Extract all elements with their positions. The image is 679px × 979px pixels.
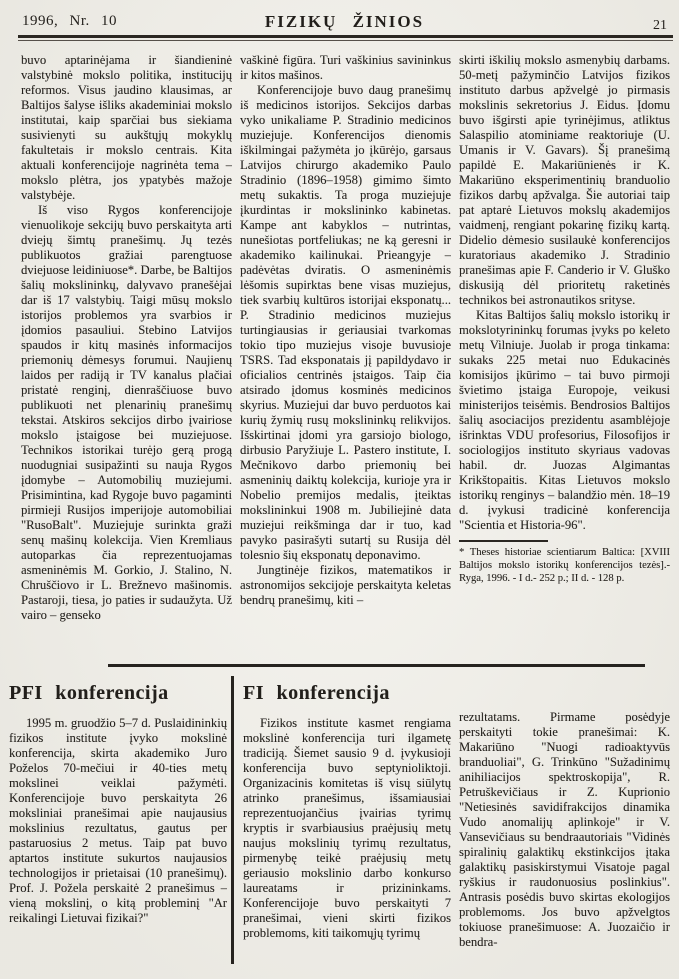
fi-section-column-2: rezultatams. Pirmame posėdyje perskaityt… (459, 710, 670, 965)
fi-col1-paragraph-1: Fizikos institute kasmet rengiama moksli… (243, 716, 451, 941)
article-column-1: buvo aptarinėjama ir šiandieninė valstyb… (21, 53, 232, 665)
masthead: 1996, Nr. 10 FIZIKŲ ŽINIOS 21 (22, 10, 667, 36)
article-column-2: vaškinė figūra. Turi vaškinius savininku… (240, 53, 451, 665)
article-column-3: skirti iškilių mokslo asmenybių darbams.… (459, 53, 670, 665)
masthead-rule (18, 35, 673, 41)
article-col2-paragraph-3: Jungtinėje fizikos, matematikos ir astro… (240, 563, 451, 608)
journal-title: FIZIKŲ ŽINIOS (22, 12, 667, 32)
fi-col2-paragraph-1: rezultatams. Pirmame posėdyje perskaityt… (459, 710, 670, 950)
pfi-section-title: PFI konferencija (9, 682, 227, 704)
fi-section: FI konferencija Fizikos institute kasmet… (243, 682, 451, 967)
footnote-rule (459, 540, 548, 542)
section-divider (108, 664, 645, 667)
footnote: * Theses historiae scientiarum Baltica: … (459, 540, 670, 585)
article-col1-paragraph-2: Iš viso Rygos konferencijoje vienuolikoj… (21, 203, 232, 623)
article-col2-paragraph-1: vaškinė figūra. Turi vaškinius savininku… (240, 53, 451, 83)
journal-page: 1996, Nr. 10 FIZIKŲ ŽINIOS 21 buvo aptar… (0, 0, 679, 979)
article-col1-paragraph-1: buvo aptarinėjama ir šiandieninė valstyb… (21, 53, 232, 203)
pfi-section: PFI konferencija 1995 m. gruodžio 5–7 d.… (9, 682, 227, 967)
masthead-rule-thin (18, 40, 673, 41)
article-col2-paragraph-2: Konferencijoje buvo daug pranešimų iš me… (240, 83, 451, 563)
article-col3-paragraph-2: Kitas Baltijos šalių mokslo istorikų ir … (459, 308, 670, 533)
column-divider (231, 676, 234, 964)
page-number: 21 (653, 18, 667, 34)
pfi-paragraph-1: 1995 m. gruodžio 5–7 d. Puslaidininkių f… (9, 716, 227, 926)
fi-section-title: FI konferencija (243, 682, 451, 704)
masthead-rule-thick (18, 35, 673, 38)
article-col3-paragraph-1: skirti iškilių mokslo asmenybių darbams.… (459, 53, 670, 308)
footnote-text: * Theses historiae scientiarum Baltica: … (459, 546, 670, 585)
